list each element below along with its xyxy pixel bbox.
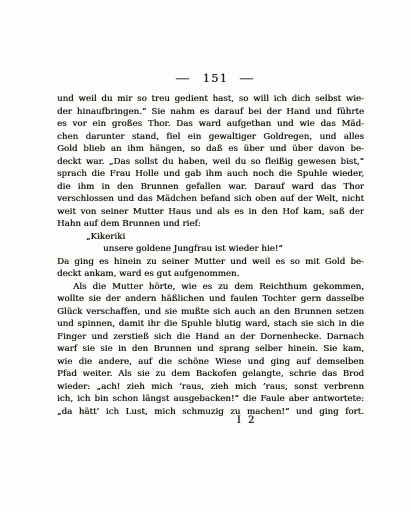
header-rule-left: — bbox=[175, 72, 191, 85]
text-line: es vor ein großes Thor. Das ward aufgeth… bbox=[57, 118, 364, 131]
text-line: Gold blieb an ihm hängen, so daß es über… bbox=[57, 143, 364, 156]
signature-mark-row: I 2 bbox=[0, 415, 411, 426]
text-line: und weil du mir so treu gedient hast, so… bbox=[57, 93, 364, 106]
text-line: ich, ich bin schon längst ausgebacken!“ … bbox=[57, 393, 364, 406]
text-line: Glück verschaffen, und sie mußte sich au… bbox=[57, 306, 364, 319]
text-line: Da ging es hinein zu seiner Mutter und w… bbox=[57, 256, 364, 269]
text-line: warf sie sie in den Brunnen und sprang s… bbox=[57, 343, 364, 356]
text-line: die ihm in den Brunnen gefallen war. Dar… bbox=[57, 181, 364, 194]
text-block: und weil du mir so treu gedient hast, so… bbox=[57, 93, 364, 418]
header-rule-right: — bbox=[239, 72, 255, 85]
signature-mark: I 2 bbox=[237, 415, 257, 426]
page-header: —151— bbox=[10, 72, 411, 85]
text-line: sprach die Frau Holle und gab ihm auch n… bbox=[57, 168, 364, 181]
page-number: 151 bbox=[203, 72, 229, 85]
text-line: Hahn auf dem Brunnen und rief: bbox=[57, 218, 364, 231]
book-page: —151— und weil du mir so treu gedient ha… bbox=[0, 0, 411, 512]
text-line: deckt war. „Das sollst du haben, weil du… bbox=[57, 156, 364, 169]
text-line: und spinnen, damit ihr die Spuhle blutig… bbox=[57, 318, 364, 331]
text-line: chen darunter stand, fiel ein gewaltiger… bbox=[57, 131, 364, 144]
text-line: „Kikeriki bbox=[57, 231, 364, 244]
text-line: der hinaufbringen.“ Sie nahm es darauf b… bbox=[57, 106, 364, 119]
text-line: Pfad weiter. Als sie zu dem Backofen gel… bbox=[57, 368, 364, 381]
text-line: deckt ankam, ward es gut aufgenommen. bbox=[57, 268, 364, 281]
text-line: weit von seiner Mutter Haus und als es i… bbox=[57, 206, 364, 219]
text-line: verschlossen und das Mädchen befand sich… bbox=[57, 193, 364, 206]
text-line: Finger und zerstieß sich die Hand an der… bbox=[57, 331, 364, 344]
text-line: wollte sie der andern häßlichen und faul… bbox=[57, 293, 364, 306]
text-line: unsere goldene Jungfrau ist wieder hie!“ bbox=[57, 243, 364, 256]
text-line: Als die Mutter hörte, wie es zu dem Reic… bbox=[57, 281, 364, 294]
text-line: wie die andere, auf die schöne Wiese und… bbox=[57, 356, 364, 369]
text-line: wieder: „ach! zieh mich ’raus, zieh mich… bbox=[57, 381, 364, 394]
